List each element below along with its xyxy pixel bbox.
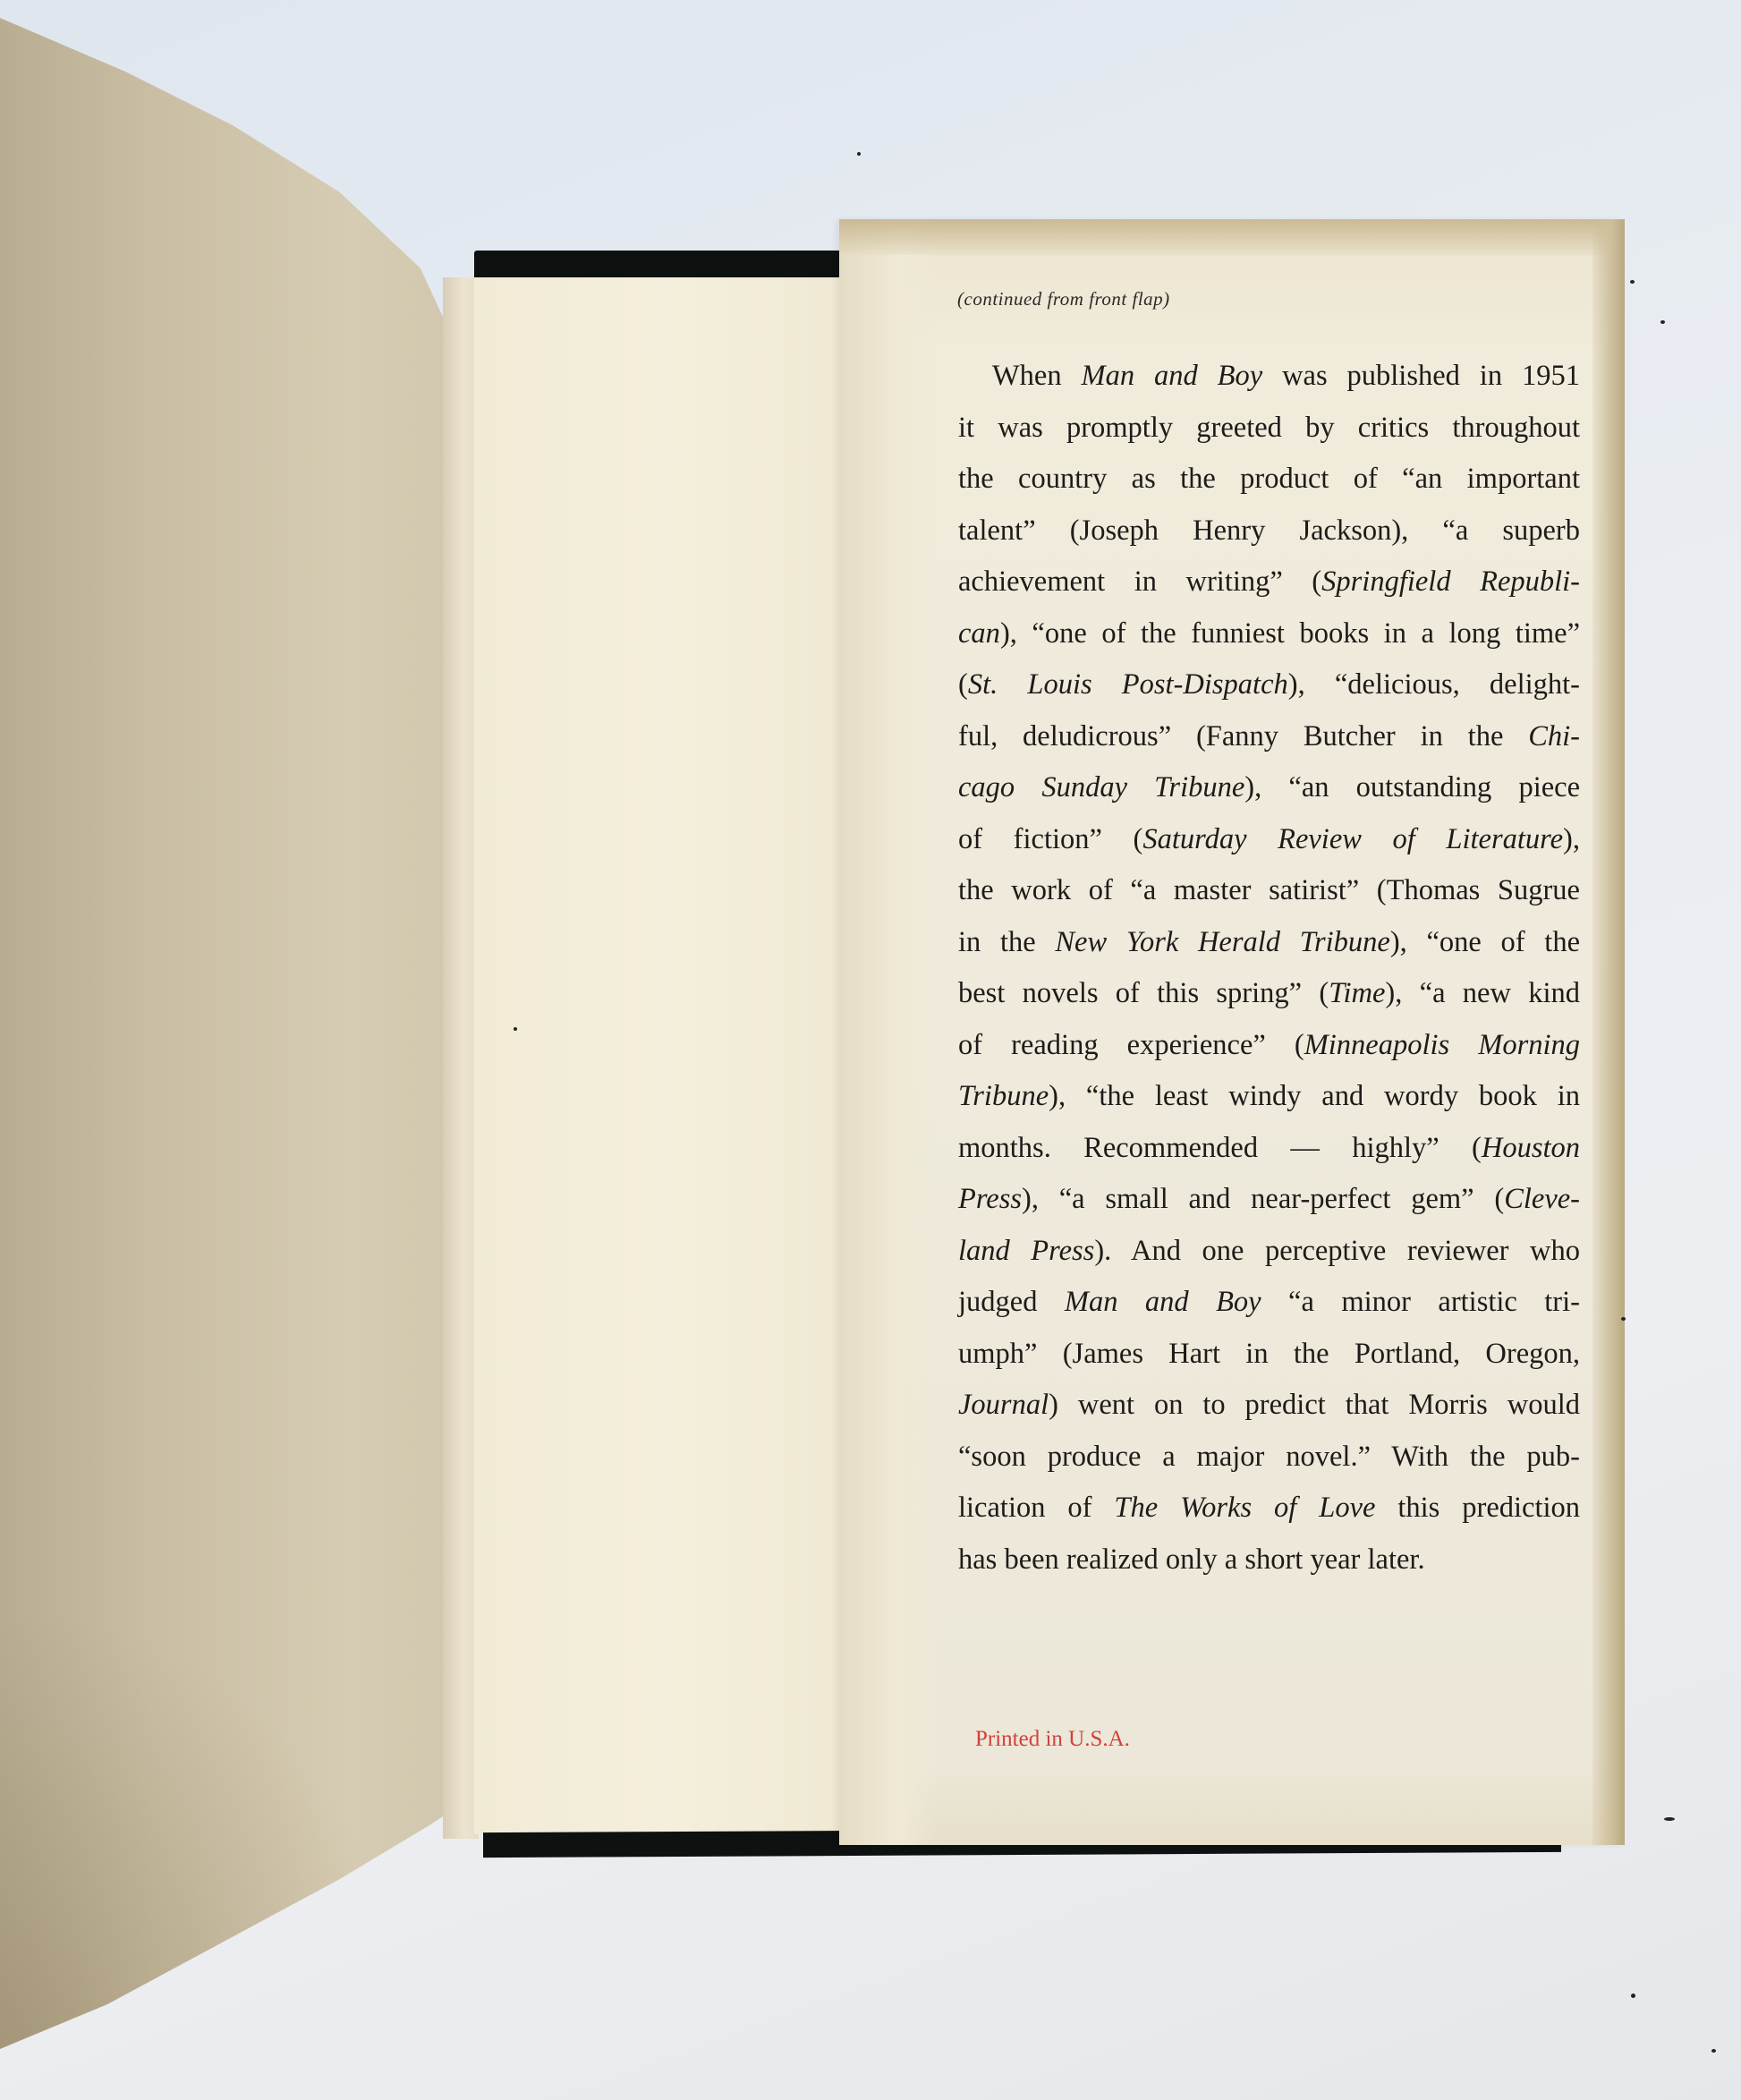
text-line: the country as the product of “an import… xyxy=(958,454,1580,506)
dust-speck xyxy=(1711,2049,1716,2053)
text-line: the work of “a master satirist” (Thomas … xyxy=(958,865,1580,917)
text-line: cago Sunday Tribune), “an outstanding pi… xyxy=(958,762,1580,814)
text-line: has been realized only a short year late… xyxy=(958,1535,1580,1586)
text-line: of fiction” (Saturday Review of Literatu… xyxy=(958,814,1580,866)
text-line: best novels of this spring” (Time), “a n… xyxy=(958,968,1580,1020)
text-line: When Man and Boy was published in 1951 xyxy=(958,351,1580,403)
text-line: (St. Louis Post-Dispatch), “delicious, d… xyxy=(958,659,1580,711)
text-line: talent” (Joseph Henry Jackson), “a super… xyxy=(958,506,1580,557)
text-line: Press), “a small and near-perfect gem” (… xyxy=(958,1174,1580,1226)
dust-speck xyxy=(1631,1994,1635,1998)
text-line: Tribune), “the least windy and wordy boo… xyxy=(958,1071,1580,1123)
text-line: can), “one of the funniest books in a lo… xyxy=(958,608,1580,660)
text-line: ful, deludicrous” (Fanny Butcher in the … xyxy=(958,711,1580,763)
text-line: land Press). And one perceptive reviewer… xyxy=(958,1226,1580,1278)
text-line: of reading experience” (Minneapolis Morn… xyxy=(958,1020,1580,1072)
text-line: judged Man and Boy “a minor artistic tri… xyxy=(958,1277,1580,1329)
endpaper xyxy=(474,277,859,1834)
printed-in-usa: Printed in U.S.A. xyxy=(975,1727,1130,1752)
text-line: achievement in writing” (Springfield Rep… xyxy=(958,557,1580,608)
flap-right-edge xyxy=(1592,219,1625,1845)
text-line: lication of The Works of Love this predi… xyxy=(958,1483,1580,1535)
text-line: umph” (James Hart in the Portland, Orego… xyxy=(958,1329,1580,1381)
gutter xyxy=(443,277,479,1839)
dust-speck xyxy=(514,1027,517,1031)
cloth-binding-top xyxy=(474,251,850,279)
flap-fold xyxy=(839,219,938,1845)
text-line: “soon produce a major novel.” With the p… xyxy=(958,1432,1580,1484)
dust-speck xyxy=(1630,280,1635,284)
dust-speck xyxy=(1660,320,1665,324)
text-line: Journal) went on to predict that Morris … xyxy=(958,1380,1580,1432)
text-line: months. Recommended — highly” (Houston xyxy=(958,1123,1580,1175)
flap-body-text: When Man and Boy was published in 1951it… xyxy=(958,351,1580,1586)
text-line: it was promptly greeted by critics throu… xyxy=(958,403,1580,455)
dust-speck xyxy=(857,152,861,156)
dust-speck xyxy=(1664,1817,1675,1821)
flap-top-edge xyxy=(839,219,1625,255)
flap-header: (continued from front flap) xyxy=(957,288,1170,310)
dust-speck xyxy=(1621,1317,1626,1321)
text-line: in the New York Herald Tribune), “one of… xyxy=(958,917,1580,969)
